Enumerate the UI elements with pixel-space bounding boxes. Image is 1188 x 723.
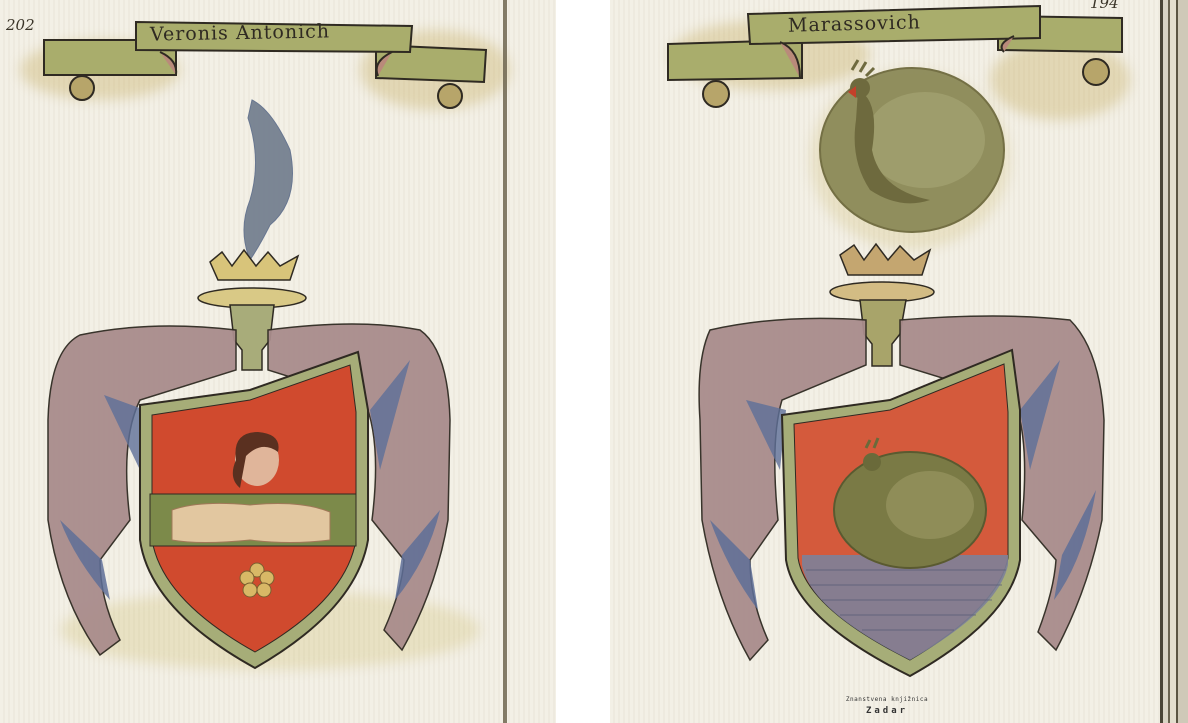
page-gutter xyxy=(503,0,507,723)
coat-of-arms-left xyxy=(0,0,556,723)
clasped-hands-icon xyxy=(172,503,330,542)
book-page-edges xyxy=(1160,0,1188,723)
library-stamp: Znanstvena knjižnica Zadar xyxy=(832,696,942,716)
right-manuscript-page: 194 xyxy=(610,0,1188,723)
fish-crest-icon xyxy=(244,100,293,260)
water-base xyxy=(802,555,1008,660)
helmet-icon xyxy=(860,300,906,366)
banner-label: Marassovich xyxy=(788,11,921,36)
banner-label: Veronis Antonich xyxy=(150,20,330,45)
stamp-line-2: Zadar xyxy=(832,706,942,716)
left-manuscript-page: 202 xyxy=(0,0,556,723)
crown-icon xyxy=(840,244,930,275)
peacock-crest-icon xyxy=(820,60,1004,232)
coat-of-arms-right xyxy=(610,0,1188,723)
stamp-line-1: Znanstvena knjižnica xyxy=(832,696,942,703)
